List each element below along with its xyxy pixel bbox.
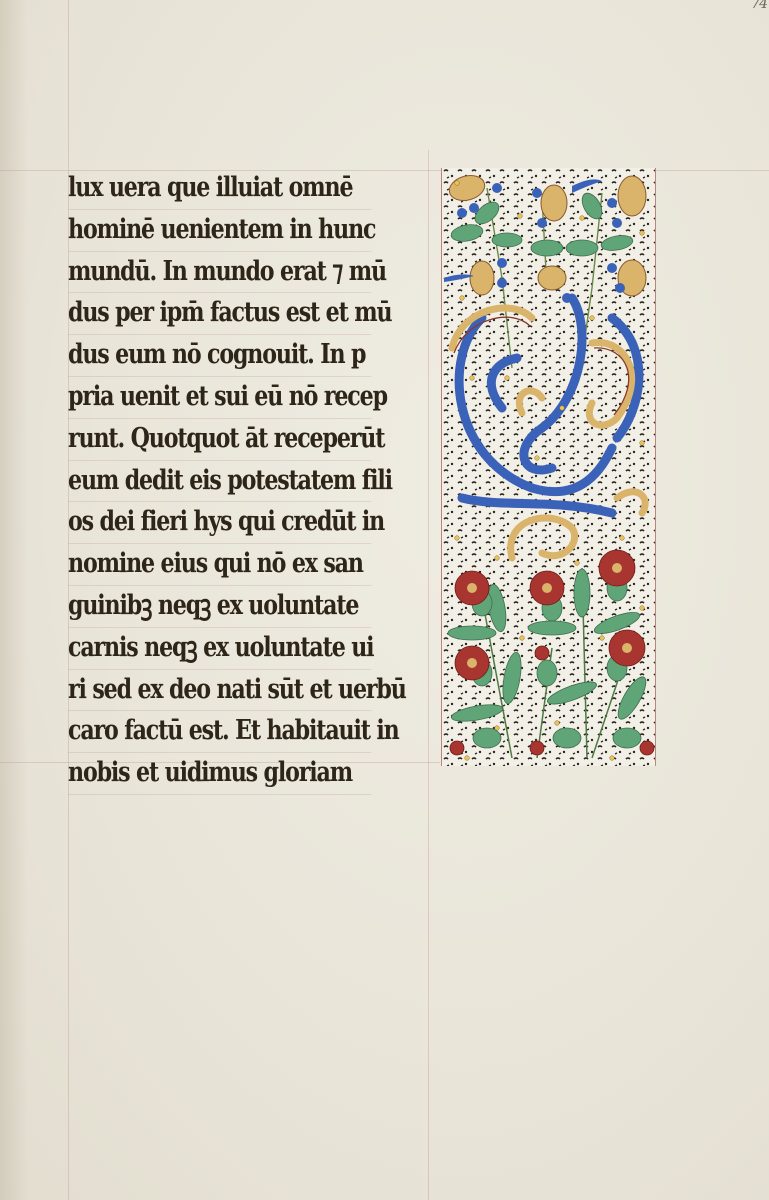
illuminated-border — [441, 168, 656, 766]
border-decoration-icon — [442, 168, 655, 766]
text-line: ri sed ex deo nati sūt et uerbū — [68, 670, 371, 712]
text-line: dus eum nō cognouit. In p — [68, 335, 371, 377]
gutter-shadow — [0, 0, 28, 1200]
text-line: hominē uenientem in hunc — [68, 210, 371, 252]
text-line: nobis et uidimus gloriam — [68, 753, 371, 795]
text-line: eum dedit eis potestatem fili — [68, 461, 371, 503]
text-line: mundū. In mundo erat ⁊ mū — [68, 252, 371, 294]
text-line: pria uenit et sui eū nō recep — [68, 377, 371, 419]
folio-number: 74 — [751, 0, 767, 12]
text-line: lux uera que illuiat omnē — [68, 168, 371, 210]
manuscript-page: 74 lux uera que illuiat omnē hominē ueni… — [0, 0, 769, 1200]
text-line: caro factū est. Et habitauit in — [68, 711, 371, 753]
text-line: os dei fieri hys qui credūt in — [68, 502, 371, 544]
text-line: guinibꝫ neqꝫ ex uoluntate — [68, 586, 371, 628]
text-line: runt. Quotquot āt receperūt — [68, 419, 371, 461]
text-column: lux uera que illuiat omnē hominē uenient… — [68, 168, 438, 795]
text-line: dus per ipm̄ factus est et mū — [68, 293, 371, 335]
text-line: nomine eius qui nō ex san — [68, 544, 371, 586]
text-line: carnis neqꝫ ex uoluntate ui — [68, 628, 371, 670]
